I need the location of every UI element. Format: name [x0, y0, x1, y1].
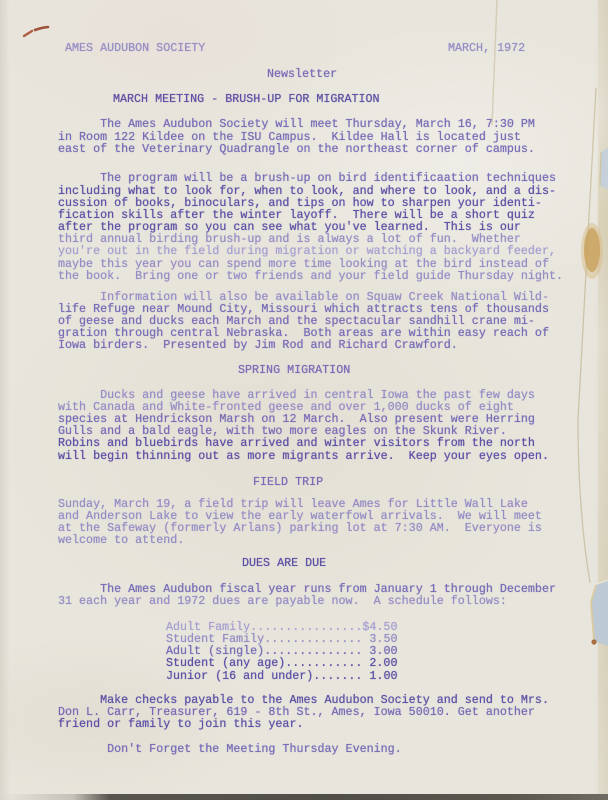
dues-item: Junior (16 and under) — [166, 669, 313, 683]
text-line: will begin thinning out as more migrants… — [58, 450, 608, 462]
doc-title: Newsletter — [267, 68, 608, 80]
closing-line: Don't Forget the Meeting Thursday Evenin… — [58, 743, 608, 755]
scan-edge-bottom — [0, 794, 608, 800]
dues-intro-paragraph: The Ames Audubon fiscal year runs from J… — [58, 583, 608, 607]
organization-name: AMES AUDUBON SOCIETY — [65, 42, 205, 54]
text-line: the book. Bring one or two friends and y… — [58, 270, 608, 282]
meeting-paragraph-3: Information will also be available on Sq… — [58, 291, 608, 352]
newsletter-content: AMES AUDUBON SOCIETY MARCH, 1972 Newslet… — [0, 0, 608, 800]
page-header: AMES AUDUBON SOCIETY MARCH, 1972 — [58, 42, 608, 54]
text-line: you're out in the field during migration… — [58, 245, 608, 257]
field-trip-paragraph: Sunday, March 19, a field trip will leav… — [58, 498, 608, 547]
text-line: 31 each year and 1972 dues are payable n… — [58, 595, 608, 607]
text-line: in Room 122 Kildee on the ISU Campus. Ki… — [58, 131, 608, 143]
text-line: Iowa birders. Presented by Jim Rod and R… — [58, 339, 608, 351]
text-line: The program will be a brush-up on bird i… — [58, 172, 608, 184]
spring-migration-heading: SPRING MIGRATION — [238, 364, 608, 376]
meeting-section-heading: MARCH MEETING - BRUSH-UP FOR MIGRATION — [113, 93, 608, 105]
text-line: maybe this year you can spend more time … — [58, 258, 608, 270]
dues-schedule: Adult Family................$4.50 Studen… — [166, 621, 608, 682]
meeting-paragraph-1: The Ames Audubon Society will meet Thurs… — [58, 118, 608, 154]
text-line: The Ames Audubon Society will meet Thurs… — [58, 118, 608, 130]
newsletter-page: AMES AUDUBON SOCIETY MARCH, 1972 Newslet… — [0, 0, 608, 800]
issue-date: MARCH, 1972 — [448, 42, 525, 54]
dues-price: 1.00 — [362, 669, 397, 683]
checks-paragraph: Make checks payable to the Ames Audubon … — [58, 694, 608, 730]
text-line: east of the Veterinary Quadrangle on the… — [58, 143, 608, 155]
text-line: Robins and bluebirds have arrived and wi… — [58, 437, 608, 449]
text-line: friend or family to join this year. — [58, 718, 608, 730]
spring-migration-paragraph: Ducks and geese have arrived in central … — [58, 389, 608, 462]
dot-leader: ....... — [313, 669, 362, 683]
aged-right-edge — [598, 0, 608, 800]
text-line: welcome to attend. — [58, 534, 608, 546]
dues-schedule-row: Junior (16 and under)....... 1.00 — [166, 670, 608, 682]
dues-heading: DUES ARE DUE — [242, 557, 608, 569]
text-line: The Ames Audubon fiscal year runs from J… — [58, 583, 608, 595]
text-line: including what to look for, when to look… — [58, 185, 608, 197]
field-trip-heading: FIELD TRIP — [253, 476, 608, 488]
meeting-paragraph-2: The program will be a brush-up on bird i… — [58, 172, 608, 281]
